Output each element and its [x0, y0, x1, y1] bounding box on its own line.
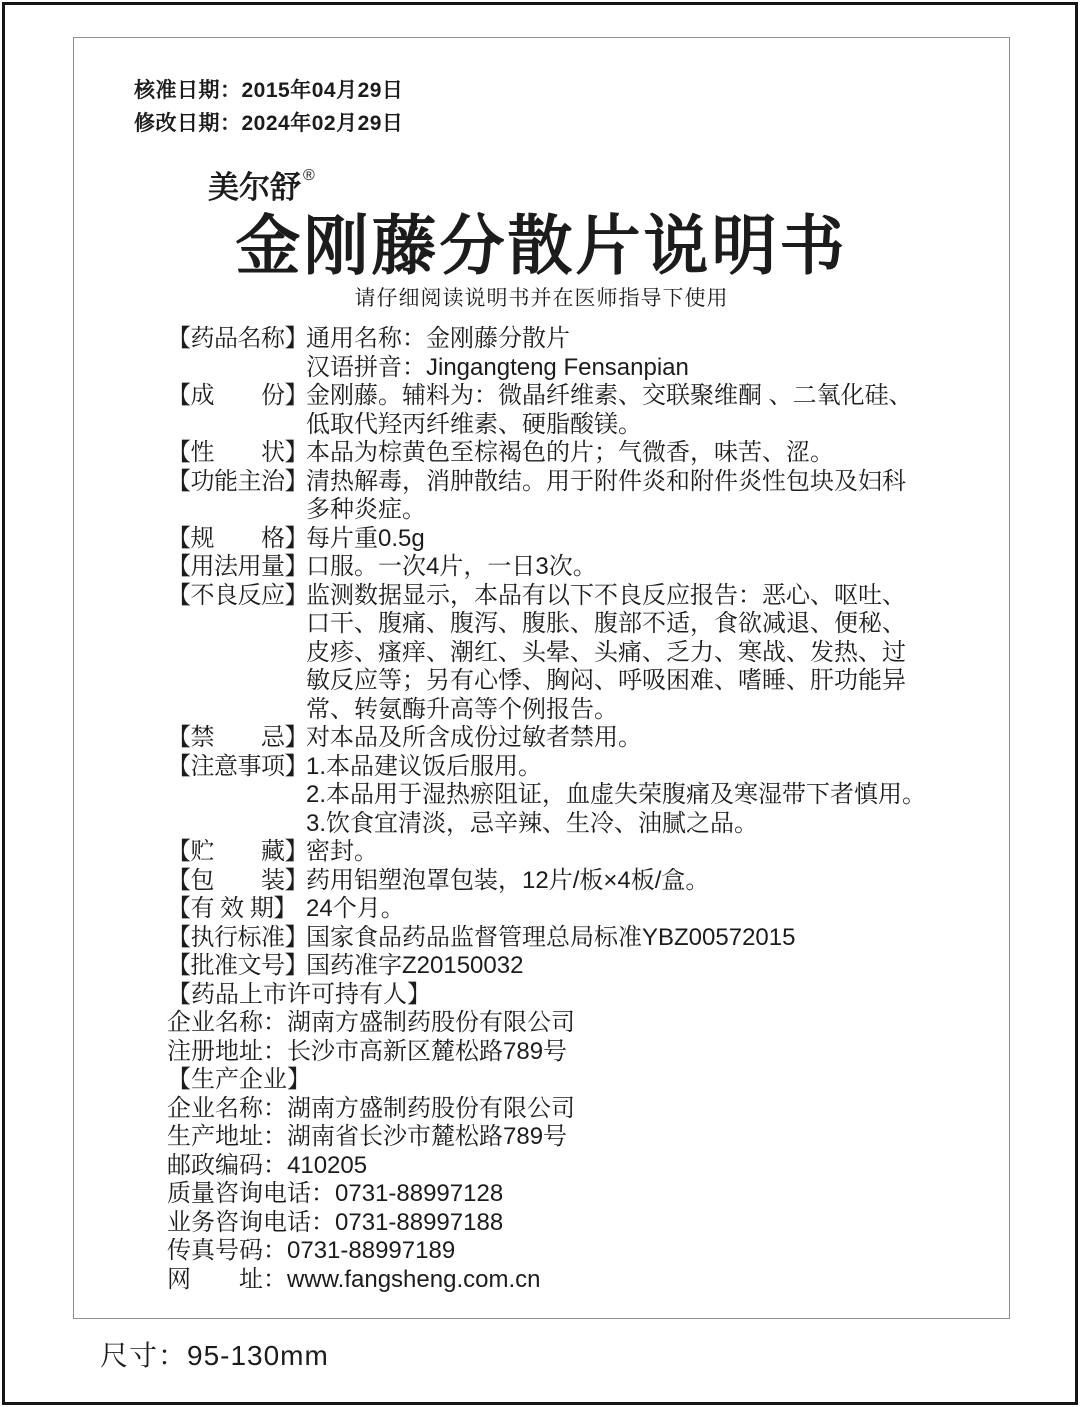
label-sheet: 核准日期：2015年04月29日 修改日期：2024年02月29日 美尔舒® 金… [73, 37, 1010, 1319]
text-line: 药用铝塑泡罩包装，12片/板×4板/盒。 [306, 867, 957, 896]
section-content: 国药准字Z20150032 [306, 952, 957, 981]
section-content: 药用铝塑泡罩包装，12片/板×4板/盒。 [306, 867, 957, 896]
section-row: 【注意事项】1.本品建议饭后服用。2.本品用于湿热瘀阻证，血虚失荣腹痛及寒湿带下… [167, 753, 957, 839]
section-label: 【不良反应】 [167, 582, 306, 611]
text-line: 国家食品药品监督管理总局标准YBZ00572015 [306, 924, 957, 953]
text-line: 1.本品建议饭后服用。 [306, 753, 957, 782]
text-line: 企业名称：湖南方盛制药股份有限公司 [167, 1009, 957, 1038]
section-row: 【包 装】药用铝塑泡罩包装，12片/板×4板/盒。 [167, 867, 957, 896]
section-row: 【批准文号】国药准字Z20150032 [167, 952, 957, 981]
section-row: 【不良反应】监测数据显示，本品有以下不良反应报告：恶心、呕吐、口干、腹痛、腹泻、… [167, 582, 957, 725]
text-line: 本品为棕黄色至棕褐色的片；气微香，味苦、涩。 [306, 439, 957, 468]
section-manufacturer: 【生产企业】企业名称：湖南方盛制药股份有限公司生产地址：湖南省长沙市麓松路789… [167, 1066, 957, 1294]
text-line: 密封。 [306, 838, 957, 867]
text-line: 注册地址：长沙市高新区麓松路789号 [167, 1038, 957, 1067]
text-line: 24个月。 [306, 895, 957, 924]
section-content: 【生产企业】企业名称：湖南方盛制药股份有限公司生产地址：湖南省长沙市麓松路789… [167, 1066, 957, 1294]
text-line: 常、转氨酶升高等个例报告。 [306, 696, 957, 725]
body-sections: 【药品名称】通用名称：金刚藤分散片汉语拼音：Jingangteng Fensan… [167, 325, 957, 1294]
section-row: 【成 份】金刚藤。辅料为：微晶纤维素、交联聚维酮 、二氧化硅、低取代羟丙纤维素、… [167, 382, 957, 439]
section-label: 【贮 藏】 [167, 838, 306, 867]
text-line: 皮疹、瘙痒、潮红、头晕、头痛、乏力、寒战、发热、过 [306, 639, 957, 668]
section-content: 口服。一次4片，一日3次。 [306, 553, 957, 582]
section-content: 清热解毒，消肿散结。用于附件炎和附件炎性包块及妇科多种炎症。 [306, 468, 957, 525]
text-line: 3.饮食宜清淡，忌辛辣、生冷、油腻之品。 [306, 810, 957, 839]
text-line: 【药品上市许可持有人】 [167, 981, 957, 1010]
section-marketing-authorization-holder: 【药品上市许可持有人】企业名称：湖南方盛制药股份有限公司注册地址：长沙市高新区麓… [167, 981, 957, 1067]
section-row: 【药品名称】通用名称：金刚藤分散片汉语拼音：Jingangteng Fensan… [167, 325, 957, 382]
text-line: 敏反应等；另有心悸、胸闷、呼吸困难、嗜睡、肝功能异 [306, 667, 957, 696]
text-line: 通用名称：金刚藤分散片 [306, 325, 957, 354]
text-line: 【生产企业】 [167, 1066, 957, 1095]
size-note: 尺寸：95-130mm [100, 1334, 329, 1374]
section-content: 金刚藤。辅料为：微晶纤维素、交联聚维酮 、二氧化硅、低取代羟丙纤维素、硬脂酸镁。 [306, 382, 957, 439]
text-line: 汉语拼音：Jingangteng Fensanpian [306, 354, 957, 383]
section-label: 【规 格】 [167, 525, 306, 554]
section-row: 【贮 藏】密封。 [167, 838, 957, 867]
text-line: 企业名称：湖南方盛制药股份有限公司 [167, 1095, 957, 1124]
drug-instruction-sheet: 核准日期：2015年04月29日 修改日期：2024年02月29日 美尔舒® 金… [0, 0, 1080, 1407]
text-line: 国药准字Z20150032 [306, 952, 957, 981]
section-content: 通用名称：金刚藤分散片汉语拼音：Jingangteng Fensanpian [306, 325, 957, 382]
text-line: 邮政编码：410205 [167, 1152, 957, 1181]
section-content: 【药品上市许可持有人】企业名称：湖南方盛制药股份有限公司注册地址：长沙市高新区麓… [167, 981, 957, 1067]
text-line: 2.本品用于湿热瘀阻证，血虚失荣腹痛及寒湿带下者慎用。 [306, 781, 957, 810]
section-label: 【批准文号】 [167, 952, 306, 981]
section-row: 【执行标准】国家食品药品监督管理总局标准YBZ00572015 [167, 924, 957, 953]
text-line: 网 址：www.fangsheng.com.cn [167, 1266, 957, 1295]
text-line: 口服。一次4片，一日3次。 [306, 553, 957, 582]
text-line: 生产地址：湖南省长沙市麓松路789号 [167, 1123, 957, 1152]
text-line: 多种炎症。 [306, 496, 957, 525]
text-line: 低取代羟丙纤维素、硬脂酸镁。 [306, 411, 957, 440]
section-label: 【注意事项】 [167, 753, 306, 782]
section-content: 国家食品药品监督管理总局标准YBZ00572015 [306, 924, 957, 953]
text-line: 金刚藤。辅料为：微晶纤维素、交联聚维酮 、二氧化硅、 [306, 382, 957, 411]
approval-date: 核准日期：2015年04月29日 [134, 74, 403, 107]
section-label: 【执行标准】 [167, 924, 306, 953]
section-row: 【规 格】每片重0.5g [167, 525, 957, 554]
section-content: 对本品及所含成份过敏者禁用。 [306, 724, 957, 753]
section-content: 每片重0.5g [306, 525, 957, 554]
section-content: 24个月。 [306, 895, 957, 924]
section-row: 【有 效 期】24个月。 [167, 895, 957, 924]
section-row: 【用法用量】口服。一次4片，一日3次。 [167, 553, 957, 582]
text-line: 口干、腹痛、腹泻、腹胀、腹部不适，食欲减退、便秘、 [306, 610, 957, 639]
registered-trademark-icon: ® [303, 167, 315, 184]
section-content: 监测数据显示，本品有以下不良反应报告：恶心、呕吐、口干、腹痛、腹泻、腹胀、腹部不… [306, 582, 957, 725]
section-label: 【药品名称】 [167, 325, 306, 354]
section-row: 【性 状】本品为棕黄色至棕褐色的片；气微香，味苦、涩。 [167, 439, 957, 468]
page-title: 金刚藤分散片说明书 [74, 208, 1009, 284]
text-line: 业务咨询电话：0731-88997188 [167, 1209, 957, 1238]
section-label: 【功能主治】 [167, 468, 306, 497]
text-line: 传真号码：0731-88997189 [167, 1237, 957, 1266]
text-line: 每片重0.5g [306, 525, 957, 554]
usage-advice-subtitle: 请仔细阅读说明书并在医师指导下使用 [74, 286, 1009, 312]
revision-date: 修改日期：2024年02月29日 [134, 107, 403, 140]
text-line: 对本品及所含成份过敏者禁用。 [306, 724, 957, 753]
brand-name: 美尔舒® [208, 156, 315, 208]
text-line: 质量咨询电话：0731-88997128 [167, 1180, 957, 1209]
section-row: 【禁 忌】对本品及所含成份过敏者禁用。 [167, 724, 957, 753]
section-content: 本品为棕黄色至棕褐色的片；气微香，味苦、涩。 [306, 439, 957, 468]
section-label: 【禁 忌】 [167, 724, 306, 753]
dates-block: 核准日期：2015年04月29日 修改日期：2024年02月29日 [134, 74, 403, 140]
section-label: 【性 状】 [167, 439, 306, 468]
section-label: 【包 装】 [167, 867, 306, 896]
section-label: 【用法用量】 [167, 553, 306, 582]
section-label: 【成 份】 [167, 382, 306, 411]
brand-text: 美尔舒 [208, 170, 301, 205]
text-line: 监测数据显示，本品有以下不良反应报告：恶心、呕吐、 [306, 582, 957, 611]
section-label: 【有 效 期】 [167, 895, 306, 924]
section-content: 密封。 [306, 838, 957, 867]
text-line: 清热解毒，消肿散结。用于附件炎和附件炎性包块及妇科 [306, 468, 957, 497]
section-row: 【功能主治】清热解毒，消肿散结。用于附件炎和附件炎性包块及妇科多种炎症。 [167, 468, 957, 525]
section-content: 1.本品建议饭后服用。2.本品用于湿热瘀阻证，血虚失荣腹痛及寒湿带下者慎用。3.… [306, 753, 957, 839]
